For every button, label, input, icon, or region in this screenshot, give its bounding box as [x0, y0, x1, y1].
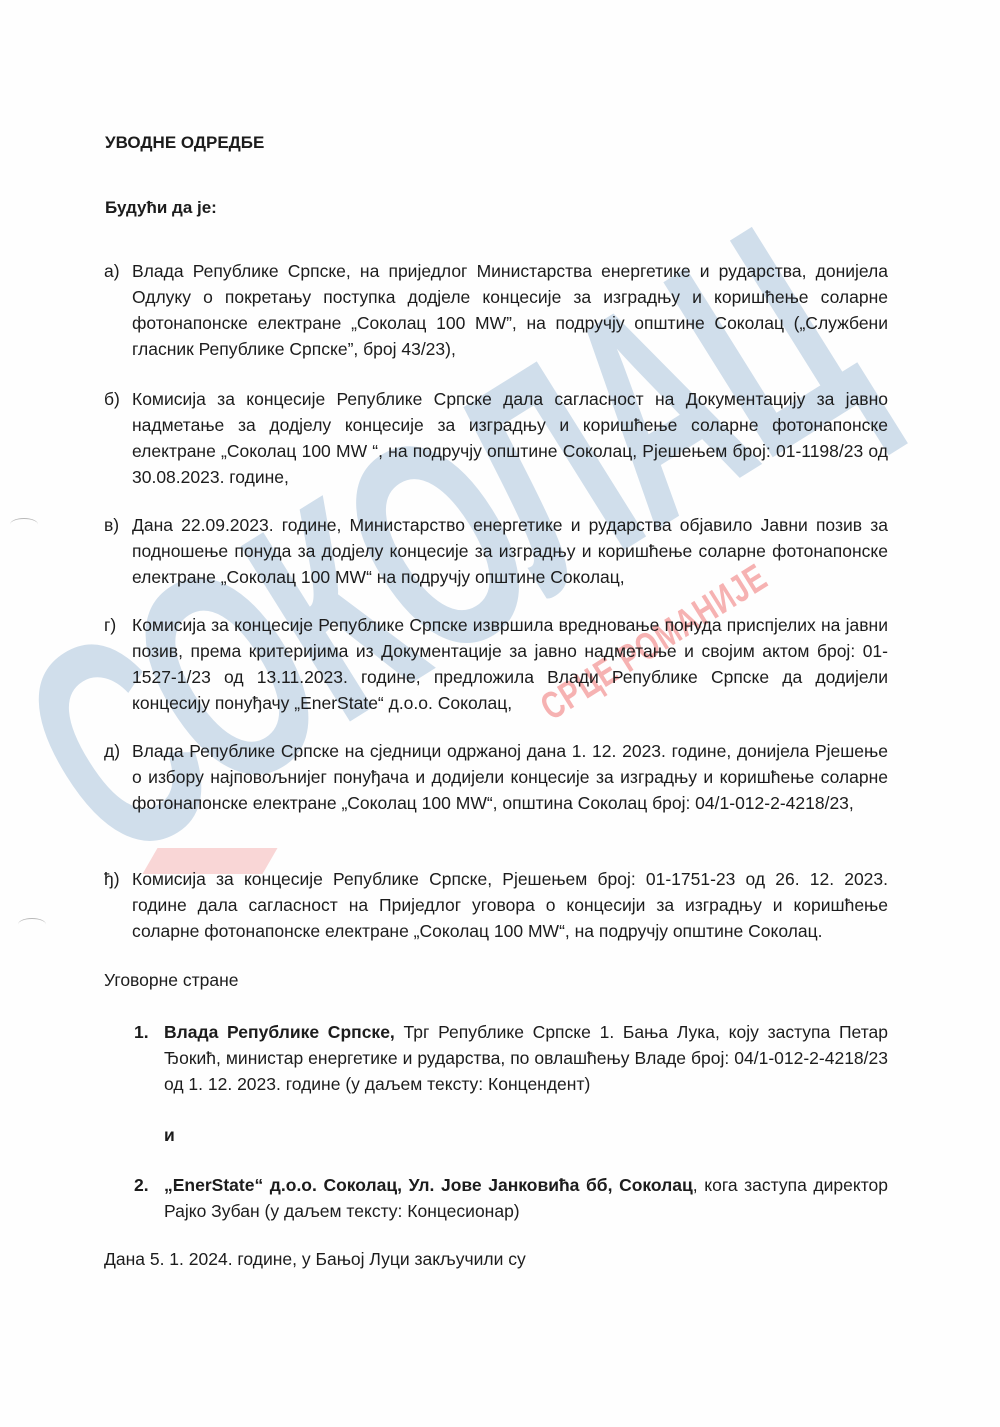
- party-number: 1.: [134, 1019, 149, 1045]
- recital-text: Дана 22.09.2023. године, Министарство ен…: [132, 512, 888, 590]
- recital-text: Влада Републике Српске на сједници одржа…: [132, 738, 888, 816]
- recital-text: Комисија за концесије Републике Српске, …: [132, 866, 888, 944]
- recital-a: а) Влада Републике Српске, на приједлог …: [104, 258, 888, 362]
- document-page: СОКОЛАЦ СРЦЕ РОМАНИЈЕ УВОДНЕ ОДРЕДБЕ Буд…: [0, 0, 1000, 1427]
- recital-v: в) Дана 22.09.2023. године, Министарство…: [104, 512, 888, 590]
- recital-label: г): [104, 612, 116, 638]
- conjunction: и: [164, 1122, 175, 1148]
- recital-d: д) Влада Републике Српске на сједници од…: [104, 738, 888, 816]
- recital-text: Комисија за концесије Републике Српске и…: [132, 612, 888, 716]
- recital-g: г) Комисија за концесије Републике Српск…: [104, 612, 888, 716]
- party-2: 2. „EnerState“ д.о.о. Соколац, Ул. Јове …: [134, 1172, 888, 1224]
- recital-label: б): [104, 386, 120, 412]
- recital-label: в): [104, 512, 119, 538]
- party-name: Влада Републике Српске,: [164, 1022, 395, 1042]
- recital-label: д): [104, 738, 120, 764]
- party-number: 2.: [134, 1172, 149, 1198]
- preamble-intro: Будући да је:: [105, 195, 217, 221]
- section-title: УВОДНЕ ОДРЕДБЕ: [105, 130, 264, 156]
- recital-dj: ђ) Комисија за концесије Републике Српск…: [104, 866, 888, 944]
- recital-label: ђ): [104, 866, 120, 892]
- parties-heading: Уговорне стране: [104, 967, 239, 993]
- party-1: 1. Влада Републике Српске, Трг Републике…: [134, 1019, 888, 1097]
- recital-label: а): [104, 258, 120, 284]
- recital-text: Влада Републике Српске, на приједлог Мин…: [132, 258, 888, 362]
- recital-text: Комисија за концесије Републике Српске д…: [132, 386, 888, 490]
- party-text: Влада Републике Српске, Трг Републике Ср…: [164, 1019, 888, 1097]
- document-body: УВОДНЕ ОДРЕДБЕ Будући да је: а) Влада Ре…: [0, 0, 1000, 1427]
- party-text: „EnerState“ д.о.о. Соколац, Ул. Јове Јан…: [164, 1172, 888, 1224]
- party-name: „EnerState“ д.о.о. Соколац, Ул. Јове Јан…: [164, 1175, 693, 1195]
- closing-statement: Дана 5. 1. 2024. године, у Бањој Луци за…: [104, 1246, 526, 1272]
- recital-b: б) Комисија за концесије Републике Српск…: [104, 386, 888, 490]
